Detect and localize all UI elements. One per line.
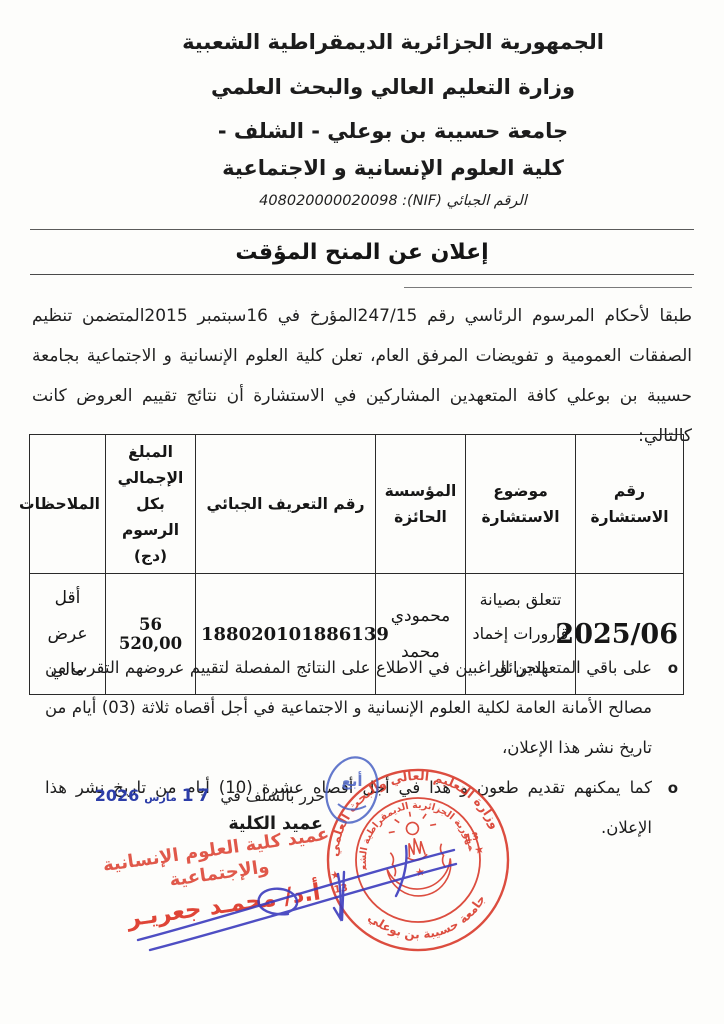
university-title: جامعة حسيبة بن بوعلي - الشلف - xyxy=(90,119,696,143)
document-page: الجمهورية الجزائرية الديمقراطية الشعبية … xyxy=(0,0,724,1024)
header-consultation-number: رقم الاستشارة xyxy=(576,435,684,574)
header-notes: الملاحظات xyxy=(30,435,106,574)
intro-paragraph: طبقا لأحكام المرسوم الرئاسي رقم 247/15ال… xyxy=(32,296,692,456)
announcement-title: إعلان عن المنح المؤقت xyxy=(30,229,694,275)
place-date-line: حرر بالشلف في 17 مارس 2026 xyxy=(95,786,325,806)
blue-oval-stamp-icon: أبع xyxy=(316,748,388,834)
faculty-title: كلية العلوم الإنسانية و الاجتماعية xyxy=(90,156,696,180)
bullet-icon: o xyxy=(668,648,678,688)
note-text: على باقي المتعهدين الراغبين في الاطلاع ع… xyxy=(45,658,652,757)
handwritten-signature-icon xyxy=(130,828,460,958)
blue-mark-text: أبع xyxy=(341,771,362,790)
decorative-rule xyxy=(404,287,692,288)
bullet-icon: o xyxy=(668,768,678,808)
header-total-amount: المبلغ الإجمالي بكل الرسوم (دج) xyxy=(106,435,196,574)
header-winning-company: المؤسسة الحائزة xyxy=(376,435,466,574)
stamp-star-right-icon: ★ xyxy=(473,842,485,857)
ministry-title: وزارة التعليم العالي والبحث العلمي xyxy=(90,75,696,99)
date-stamp: 17 مارس 2026 xyxy=(95,786,214,806)
republic-title: الجمهورية الجزائرية الديمقراطية الشعبية xyxy=(90,30,696,54)
header-tax-id: رقم التعريف الجبائي xyxy=(196,435,376,574)
date-month: مارس xyxy=(144,791,176,804)
date-year: 2026 xyxy=(95,786,140,805)
tax-id-line: الرقم الجبائي (NIF): 408020000020098 xyxy=(90,193,696,209)
table-header-row: رقم الاستشارة موضوع الاستشارة المؤسسة ال… xyxy=(30,435,684,574)
header-subject: موضوع الاستشارة xyxy=(466,435,576,574)
date-day: 17 xyxy=(182,786,214,806)
